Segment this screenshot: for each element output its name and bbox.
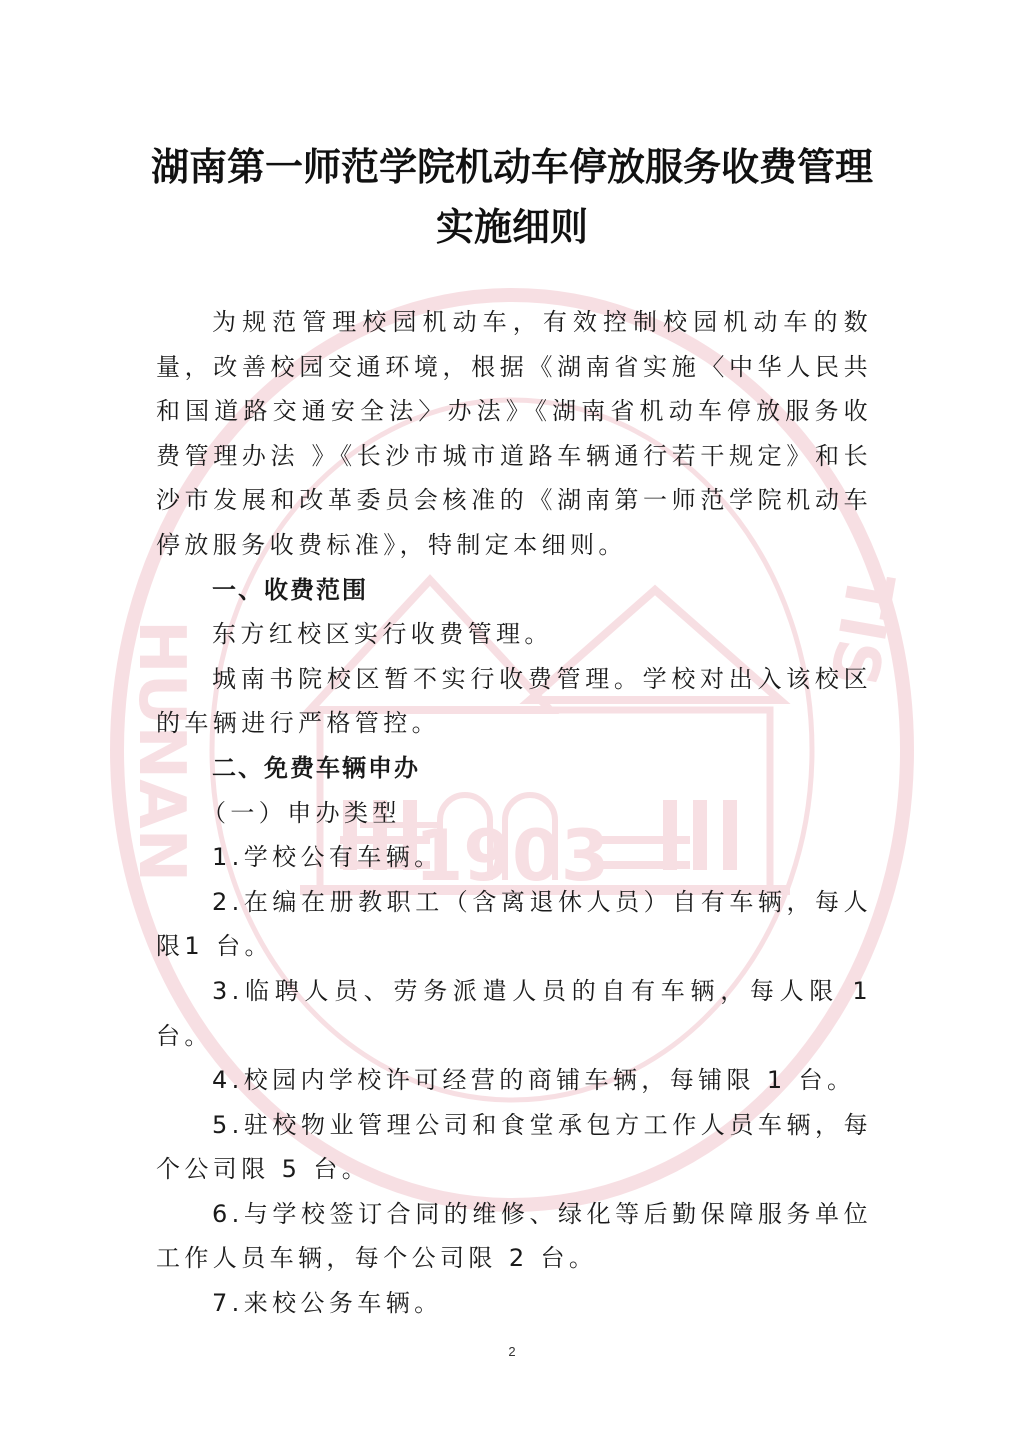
list-item-6: 6.与学校签订合同的维修、绿化等后勤保障服务单位工作人员车辆，每个公司限 2 台… [156, 1192, 872, 1281]
document-title-line-2: 实施细则 [0, 196, 1024, 251]
list-item-7: 7.来校公务车辆。 [156, 1281, 872, 1326]
page-number: 2 [0, 1344, 1024, 1359]
document-title-line-1: 湖南第一师范学院机动车停放服务收费管理 [0, 136, 1024, 191]
document-page: 1903 HUNAN TIS 湖南第一师范学院机动车停放服务收费管理 实施细则 … [0, 0, 1024, 1447]
paragraph-chengnan-campus: 城南书院校区暂不实行收费管理。学校对出入该校区的车辆进行严格管控。 [156, 657, 872, 746]
list-item-1: 1.学校公有车辆。 [156, 835, 872, 880]
intro-paragraph: 为规范管理校园机动车，有效控制校园机动车的数量，改善校园交通环境，根据《湖南省实… [156, 300, 872, 568]
paragraph-dongfanghong-campus: 东方红校区实行收费管理。 [156, 612, 872, 657]
section-heading-fee-scope: 一、收费范围 [156, 568, 872, 613]
list-item-4: 4.校园内学校许可经营的商铺车辆，每铺限 1 台。 [156, 1058, 872, 1103]
list-item-2: 2.在编在册教职工（含离退休人员）自有车辆，每人限1 台。 [156, 880, 872, 969]
document-body: 为规范管理校园机动车，有效控制校园机动车的数量，改善校园交通环境，根据《湖南省实… [156, 300, 872, 1326]
section-heading-free-vehicle-application: 二、免费车辆申办 [156, 746, 872, 791]
subsection-heading-application-types: （一）申办类型 [156, 791, 872, 836]
list-item-3: 3.临聘人员、劳务派遣人员的自有车辆，每人限 1 台。 [156, 969, 872, 1058]
list-item-5: 5.驻校物业管理公司和食堂承包方工作人员车辆，每个公司限 5 台。 [156, 1103, 872, 1192]
